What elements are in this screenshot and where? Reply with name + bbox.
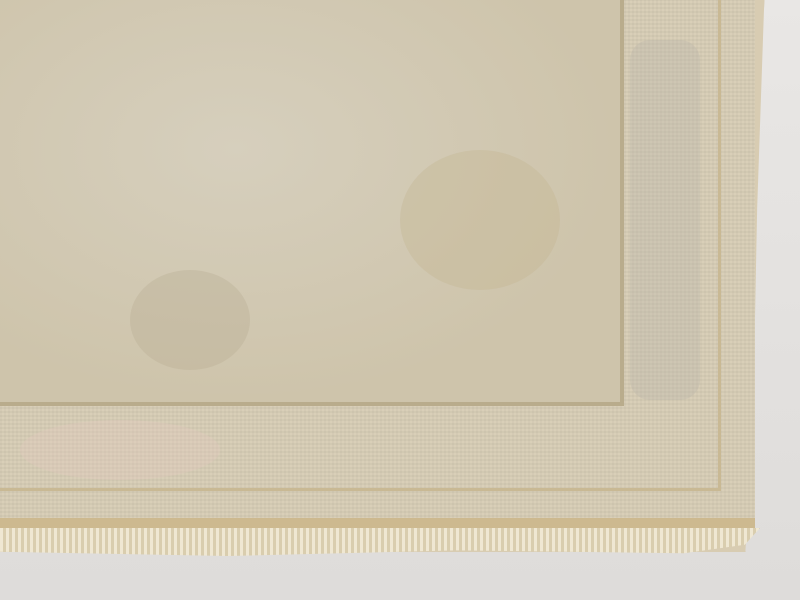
photo-scene [0,0,800,600]
rug-fringe [0,528,760,556]
border-motif [630,40,700,400]
border-motif [20,420,220,480]
floral-motif [400,150,560,290]
floral-motif [130,270,250,370]
